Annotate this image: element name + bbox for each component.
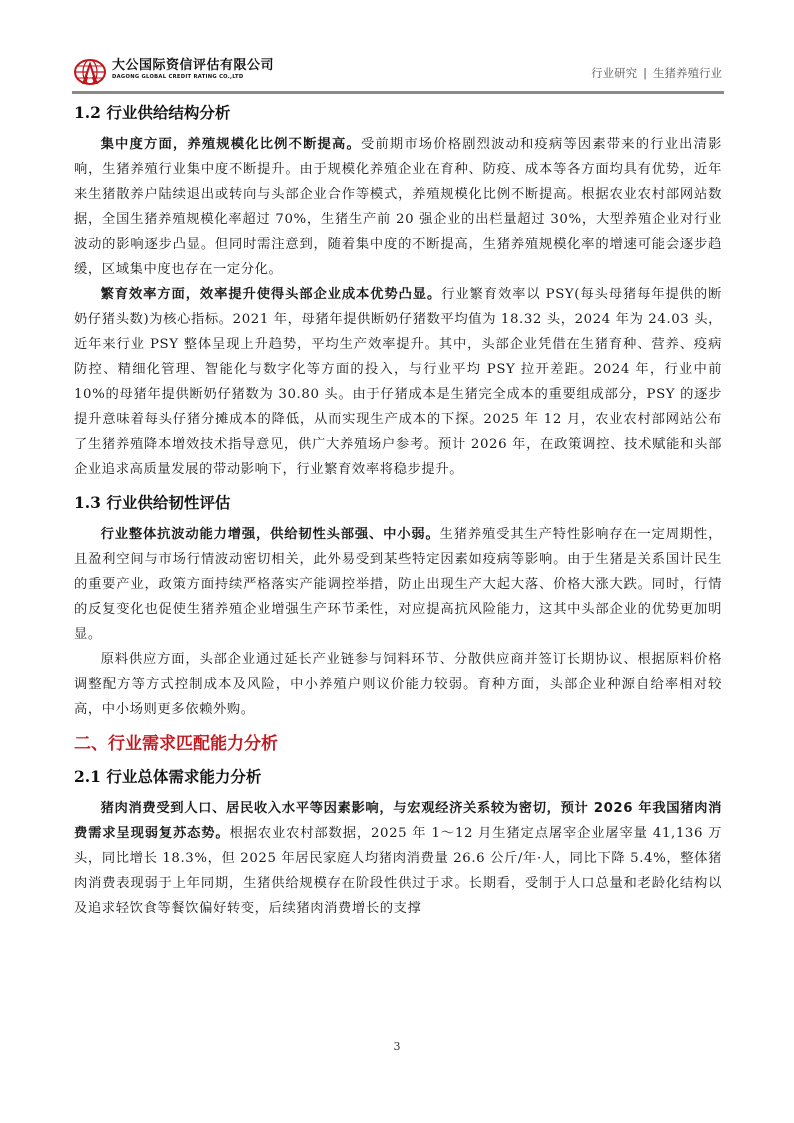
paragraph-body: 原料供应方面，头部企业通过延长产业链参与饲料环节、分散供应商并签订长期协议、根据…: [74, 652, 722, 717]
company-name-en: DAGONG GLOBAL CREDIT RATING CO.,LTD: [112, 74, 274, 80]
paragraph: 猪肉消费受到人口、居民收入水平等因素影响，与宏观经济关系较为密切，预计 2026…: [74, 796, 722, 921]
paragraph-body: 生猪养殖受其生产特性影响存在一定周期性，且盈利空间与市场行情波动密切相关，此外易…: [74, 527, 722, 642]
industry-label: 生猪养殖行业: [653, 66, 722, 80]
paragraph-body: 行业繁育效率以 PSY(每头母猪每年提供的断奶仔猪头数)为核心指标。2021 年…: [74, 287, 722, 477]
section-title-1-3: 1.3 行业供给韧性评估: [74, 492, 722, 514]
header-divider: [72, 91, 724, 94]
paragraph-lead: 集中度方面，养殖规模化比例不断提高。: [101, 137, 361, 152]
paragraph: 原料供应方面，头部企业通过延长产业链参与饲料环节、分散供应商并签订长期协议、根据…: [74, 647, 722, 722]
section-title-2-1: 2.1 行业总体需求能力分析: [74, 766, 722, 788]
company-name-cn: 大公国际资信评估有限公司: [112, 58, 274, 73]
report-category: 行业研究|生猪养殖行业: [591, 65, 722, 81]
paragraph: 集中度方面，养殖规模化比例不断提高。受前期市场价格剧烈波动和疫病等因素带来的行业…: [74, 132, 722, 282]
paragraph-body: 受前期市场价格剧烈波动和疫病等因素带来的行业出清影响，生猪养殖行业集中度不断提升…: [74, 137, 722, 277]
paragraph-lead: 行业整体抗波动能力增强，供给韧性头部强、中小弱。: [101, 527, 440, 542]
category-label: 行业研究: [591, 66, 637, 80]
section-title-1-2: 1.2 行业供给结构分析: [74, 102, 722, 124]
paragraph: 繁育效率方面，效率提升使得头部企业成本优势凸显。行业繁育效率以 PSY(每头母猪…: [74, 282, 722, 482]
chapter-title-2: 二、行业需求匹配能力分析: [74, 732, 722, 756]
company-name: 大公国际资信评估有限公司 DAGONG GLOBAL CREDIT RATING…: [112, 58, 274, 80]
paragraph-lead: 繁育效率方面，效率提升使得头部企业成本优势凸显。: [101, 287, 442, 302]
page-number: 3: [0, 1040, 794, 1053]
paragraph: 行业整体抗波动能力增强，供给韧性头部强、中小弱。生猪养殖受其生产特性影响存在一定…: [74, 522, 722, 647]
page-header: 大公国际资信评估有限公司 DAGONG GLOBAL CREDIT RATING…: [72, 56, 724, 90]
dagong-globe-logo-icon: [74, 59, 106, 85]
header-separator: |: [643, 66, 647, 80]
document-body: 1.2 行业供给结构分析 集中度方面，养殖规模化比例不断提高。受前期市场价格剧烈…: [74, 100, 722, 921]
